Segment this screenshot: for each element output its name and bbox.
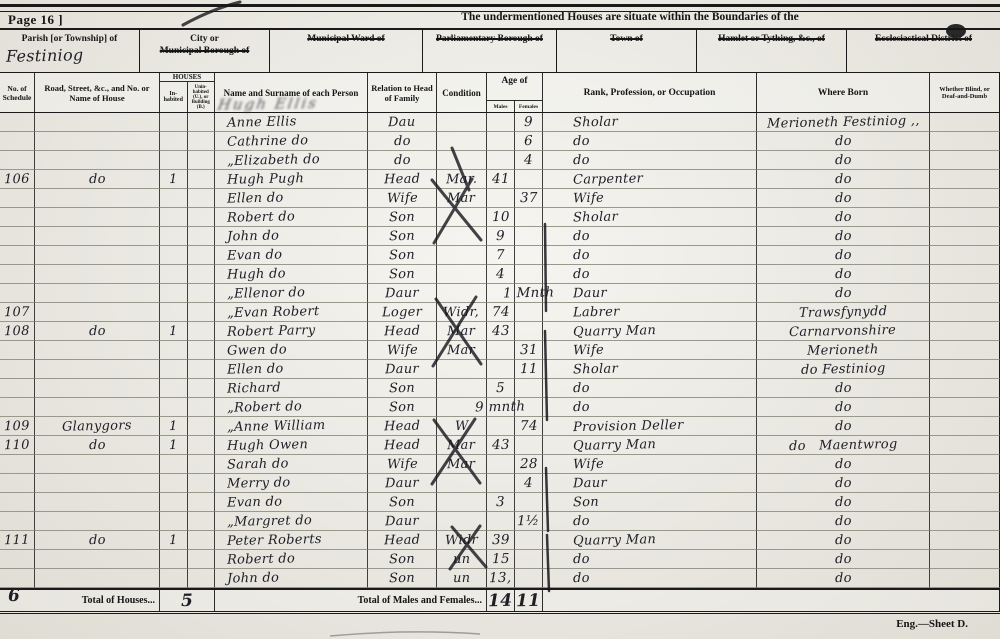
cell-inh [160,132,188,151]
cell-schedule [0,227,35,246]
table-row: Sarah doWifeMar28Wifedo [0,455,1000,474]
cell-age_f [515,379,543,398]
table-header: No. of Schedule Road, Street, &c., and N… [0,73,1000,113]
cell-blind [930,265,1000,284]
boundary-cell: Municipal Ward of [270,30,423,72]
cell-value: 111 [4,532,30,548]
top-strip: Page 16 ] The undermentioned Houses are … [0,9,1000,28]
cell-road: do [35,322,160,341]
cell-relation: Son [368,379,437,398]
cell-value: do [393,133,410,148]
cell-value: 6 [524,133,533,149]
cell-schedule [0,455,35,474]
cell-value: 43 [491,323,509,339]
cell-value: do [573,266,590,281]
cell-value: 9 [496,228,505,244]
cell-age_f [515,493,543,512]
cell-age_m: 4 [487,265,515,284]
table-row: 110do1Hugh OwenHeadMar43Quarry Mando Mae… [0,436,1000,455]
table-row: Cathrine dodo6dodo [0,132,1000,151]
cell-value: Peter Roberts [227,532,322,549]
cell-value: Evan do [227,247,283,263]
header-smudge: Hugh Ellis [216,94,319,114]
table-row: Evan doSon7dodo [0,246,1000,265]
cell-value: un [453,551,471,566]
cell-value: Son [389,551,415,567]
cell-occupation: do [543,246,757,265]
cell-value: Quarry Man [573,532,656,549]
cell-value: 110 [4,437,30,453]
footer-houses-label-cell: 6 Total of Houses... [0,590,160,611]
cell-occupation: Wife [543,341,757,360]
cell-uninh [188,436,215,455]
cell-road [35,132,160,151]
cell-schedule [0,151,35,170]
cell-value: Robert do [227,551,295,567]
cell-uninh [188,398,215,417]
cell-value: do [834,380,851,395]
cell-road [35,113,160,132]
header-cell-road: Road, Street, &c., and No. or Name of Ho… [35,73,160,112]
cell-occupation: Labrer [543,303,757,322]
table-row: 107„Evan RobertLogerWidr,74LabrerTrawsfy… [0,303,1000,322]
cell-value: Mar [447,342,475,358]
header-cell-blind: Whether Blind, or Deaf-and-Dumb [930,73,1000,112]
cell-inh: 1 [160,531,188,550]
page-label: Page 16 ] [8,12,63,28]
cell-uninh [188,227,215,246]
cell-where_born: do [757,455,930,474]
cell-value: do [834,456,851,471]
cell-value: Carpenter [573,171,643,187]
cell-value: Ellen do [227,190,284,206]
cell-age_f: 1 Mnth [515,284,543,303]
cell-age_f: 74 [515,417,543,436]
cell-age_f [515,322,543,341]
cell-inh [160,208,188,227]
cell-blind [930,379,1000,398]
cell-value: Glanygors [62,418,132,434]
cell-occupation: Sholar [543,113,757,132]
cell-schedule [0,265,35,284]
cell-blind [930,208,1000,227]
cell-age_m: 74 [487,303,515,322]
cell-condition: Widr, [437,303,487,322]
cell-name: Peter Roberts [215,531,368,550]
cell-value: Daur [573,285,607,301]
cell-uninh [188,284,215,303]
cell-value: do [834,285,851,300]
cell-value: do [88,532,105,547]
boundary-cell-value: Festiniog [6,45,84,66]
cell-age_f: 1½ [515,512,543,531]
cell-where_born: do [757,379,930,398]
cell-where_born: do [757,284,930,303]
cell-relation: Wife [368,455,437,474]
cell-value: Quarry Man [573,437,656,454]
cell-inh: 1 [160,417,188,436]
cell-name: John do [215,569,368,588]
cell-schedule: 111 [0,531,35,550]
cell-value: Wife [386,190,417,206]
cell-age_f: 4 [515,474,543,493]
cell-value: John do [227,228,279,244]
cell-inh [160,493,188,512]
cell-value: 74 [491,304,509,320]
table-body: Anne EllisDau9SholarMerioneth Festiniog … [0,113,1000,588]
cell-value: Daur [385,513,419,529]
boundary-cell: Ecclesiastical District of [847,30,1000,72]
cell-blind [930,569,1000,588]
cell-name: Merry do [215,474,368,493]
cell-relation: Head [368,417,437,436]
cell-value: do Maentwrog [789,436,898,453]
cell-road: Glanygors [35,417,160,436]
cell-value: Mar. [446,171,477,187]
cell-condition [437,512,487,531]
boundary-cell-label: Parliamentary Borough of [423,34,556,46]
boundary-heading: The undermentioned Houses are situate wi… [330,11,930,23]
cell-road [35,379,160,398]
cell-value: Loger [382,304,423,320]
cell-relation: Head [368,531,437,550]
table-row: 106do1Hugh PughHeadMar.41Carpenterdo [0,170,1000,189]
cell-age_f: 37 [515,189,543,208]
cell-value: Sholar [573,114,618,130]
cell-condition: Mar [437,322,487,341]
cell-value: „Ellenor do [227,285,306,302]
boundary-header-row: Parish [or Township] ofFestiniogCity orM… [0,28,1000,73]
cell-age_f [515,246,543,265]
cell-value: Provision Deller [573,417,684,434]
header-cell-uninhabited: Unin-habited (U.), or Building (B.) [188,82,215,112]
table-row: Ellen doDaur11Sholardo Festiniog [0,360,1000,379]
table-row: 111do1Peter RobertsHeadWidr39Quarry Mand… [0,531,1000,550]
cell-inh [160,189,188,208]
cell-road [35,360,160,379]
cell-inh [160,512,188,531]
cell-occupation: Quarry Man [543,531,757,550]
cell-where_born: do [757,246,930,265]
cell-name: Ellen do [215,360,368,379]
cell-value: Wife [386,342,417,358]
table-row: „Robert doSon9 mnthdodo [0,398,1000,417]
footer-houses-total-cell: 5 [160,590,215,611]
cell-age_f: 6 [515,132,543,151]
cell-road [35,569,160,588]
cell-value: 11 [519,361,537,377]
cell-where_born: Trawsfynydd [757,303,930,322]
cell-age_f: 4 [515,151,543,170]
cell-condition: un [437,569,487,588]
cell-value: do [573,399,590,414]
cell-where_born: do Festiniog [757,360,930,379]
cell-uninh [188,474,215,493]
cell-value: 5 [496,380,505,396]
table-row: Ellen doWifeMar37Wifedo [0,189,1000,208]
cell-value: 1 [169,323,178,338]
cell-blind [930,417,1000,436]
boundary-cell: City orMunicipal Borough of [140,30,270,72]
cell-inh [160,284,188,303]
cell-blind [930,531,1000,550]
cell-uninh [188,151,215,170]
table-row: John doSon9dodo [0,227,1000,246]
pen-stroke [330,632,480,636]
cell-value: Anne Ellis [227,114,297,130]
cell-value: 39 [491,532,509,548]
cell-age_m: 43 [487,322,515,341]
table-row: Evan doSon3Sondo [0,493,1000,512]
cell-occupation: do [543,265,757,284]
cell-road [35,246,160,265]
cell-age_m: 9 mnth [487,398,515,417]
cell-road: do [35,436,160,455]
cell-road [35,398,160,417]
cell-value: Sholar [573,361,618,377]
cell-value: do [834,190,851,205]
cell-value: Son [389,209,415,225]
cell-schedule: 109 [0,417,35,436]
cell-value: do [834,513,851,528]
cell-name: „Evan Robert [215,303,368,322]
cell-age_f: 11 [515,360,543,379]
cell-inh [160,360,188,379]
table-row: 109Glanygors1„Anne WilliamHeadW74Provisi… [0,417,1000,436]
cell-blind [930,474,1000,493]
cell-uninh [188,379,215,398]
cell-road [35,493,160,512]
cell-value: Cathrine do [227,133,309,150]
cell-value: Wife [573,342,604,358]
cell-uninh [188,493,215,512]
cell-value: do [834,247,851,262]
cell-where_born: Carnarvonshire [757,322,930,341]
cell-road [35,550,160,569]
cell-value: 108 [4,323,30,339]
cell-where_born: do [757,227,930,246]
cell-value: Gwen do [227,342,287,358]
cell-value: „Evan Robert [227,304,320,321]
cell-age_f [515,303,543,322]
cell-value: do [834,209,851,224]
header-cell-condition: Condition [437,73,487,112]
cell-value: do [834,494,851,509]
cell-value: Wife [573,456,604,472]
cell-where_born: do [757,265,930,284]
cell-schedule [0,512,35,531]
cell-value: Hugh Owen [227,437,308,454]
cell-age_f [515,265,543,284]
cell-uninh [188,569,215,588]
cell-road [35,208,160,227]
cell-value: Daur [385,475,419,491]
cell-schedule: 110 [0,436,35,455]
sheet-label: Eng.—Sheet D. [896,618,968,630]
cell-condition [437,379,487,398]
cell-inh [160,265,188,284]
cell-blind [930,322,1000,341]
cell-name: Evan do [215,493,368,512]
header-cell-females: Females [515,101,542,112]
table-row: „Ellenor doDaur1 MnthDaurdo [0,284,1000,303]
header-cell-occupation: Rank, Profession, or Occupation [543,73,757,112]
cell-blind [930,493,1000,512]
cell-where_born: do [757,189,930,208]
cell-age_f [515,208,543,227]
cell-name: Hugh Pugh [215,170,368,189]
cell-condition: Mar [437,455,487,474]
cell-uninh [188,246,215,265]
table-row: Merry doDaur4Daurdo [0,474,1000,493]
cell-value: Head [384,323,421,339]
cell-condition: Widr [437,531,487,550]
table-row: RichardSon5dodo [0,379,1000,398]
cell-value: 9 [524,114,533,130]
cell-condition [437,151,487,170]
cell-relation: Wife [368,341,437,360]
cell-value: 28 [519,456,537,472]
cell-uninh [188,322,215,341]
cell-value: do [834,171,851,186]
cell-inh: 1 [160,436,188,455]
cell-where_born: Merioneth [757,341,930,360]
cell-occupation: do [543,398,757,417]
census-page: Page 16 ] The undermentioned Houses are … [0,0,1000,639]
header-cell-inhabited: In-habited [160,82,188,112]
cell-relation: Daur [368,360,437,379]
cell-value: Son [389,247,415,263]
cell-value: do [88,323,105,338]
cell-age_m [487,360,515,379]
cell-condition [437,246,487,265]
cell-inh: 1 [160,322,188,341]
cell-schedule [0,113,35,132]
cell-age_m [487,417,515,436]
cell-age_m: 5 [487,379,515,398]
cell-relation: Son [368,569,437,588]
cell-condition: W [437,417,487,436]
cell-name: Robert Parry [215,322,368,341]
cell-condition [437,493,487,512]
cell-value: do [834,399,851,414]
cell-condition [437,284,487,303]
cell-value: Hugh Pugh [227,171,304,188]
cell-name: „Ellenor do [215,284,368,303]
cell-relation: Son [368,265,437,284]
cell-value: do [573,380,590,395]
cell-schedule [0,550,35,569]
footer-females-total-cell: 11 [515,590,543,611]
cell-value: Sholar [573,209,618,225]
boundary-cell-label: Parish [or Township] of [0,34,139,46]
table-row: 108do1Robert ParryHeadMar43Quarry ManCar… [0,322,1000,341]
table-row: Robert doSonun15dodo [0,550,1000,569]
cell-condition [437,474,487,493]
cell-relation: Son [368,246,437,265]
cell-value: Sarah do [227,456,289,472]
cell-value: do [834,152,851,167]
cell-condition: Mar [437,341,487,360]
footer-males-total-cell: 14 [487,590,515,611]
cell-road [35,189,160,208]
cell-value: 41 [491,171,509,187]
cell-value: 106 [4,171,30,187]
cell-value: 43 [491,437,509,453]
cell-schedule: 107 [0,303,35,322]
cell-condition [437,360,487,379]
table-row: Hugh doSon4dodo [0,265,1000,284]
cell-age_m: 7 [487,246,515,265]
cell-inh [160,303,188,322]
cell-occupation: do [543,132,757,151]
cell-value: Head [384,171,421,187]
total-males-females-label: Total of Males and Females... [215,595,486,606]
cell-blind [930,303,1000,322]
cell-blind [930,512,1000,531]
cell-uninh [188,341,215,360]
cell-age_f [515,227,543,246]
cell-value: 1 [169,437,178,452]
cell-blind [930,227,1000,246]
cell-value: Merioneth Festiniog ,, [766,113,919,131]
cell-value: do [834,570,851,585]
cell-age_f: 9 [515,113,543,132]
cell-occupation: Son [543,493,757,512]
cell-value: „Robert do [227,399,302,416]
cell-blind [930,246,1000,265]
cell-schedule: 108 [0,322,35,341]
cell-value: Son [389,399,415,415]
footer-row: 6 Total of Houses... 5 Total of Males an… [0,588,1000,614]
cell-road [35,341,160,360]
cell-age_f [515,569,543,588]
cell-value: do [573,513,590,528]
cell-name: „Margret do [215,512,368,531]
cell-occupation: Daur [543,284,757,303]
cell-value: W [455,418,469,433]
cell-age_f [515,436,543,455]
cell-value: Merry do [227,475,291,491]
cell-relation: Son [368,398,437,417]
cell-value: do [393,152,410,167]
cell-relation: Son [368,493,437,512]
cell-age_m: 10 [487,208,515,227]
cell-name: Evan do [215,246,368,265]
cell-schedule: 106 [0,170,35,189]
cell-where_born: do [757,531,930,550]
table-row: Gwen doWifeMar31WifeMerioneth [0,341,1000,360]
boundary-cell-label: City orMunicipal Borough of [140,34,269,58]
cell-condition: un [437,550,487,569]
cell-age_f [515,531,543,550]
cell-name: Hugh Owen [215,436,368,455]
females-total-value: 11 [516,590,541,611]
cell-age_f: 31 [515,341,543,360]
cell-where_born: do [757,398,930,417]
cell-relation: Loger [368,303,437,322]
cell-condition: Mar [437,436,487,455]
cell-value: do [834,266,851,281]
cell-age_m: 13, [487,569,515,588]
cell-schedule [0,284,35,303]
cell-age_m [487,113,515,132]
cell-value: 1 [169,171,178,186]
cell-road [35,284,160,303]
cell-blind [930,113,1000,132]
boundary-cell: Town of [557,30,697,72]
cell-age_m [487,512,515,531]
